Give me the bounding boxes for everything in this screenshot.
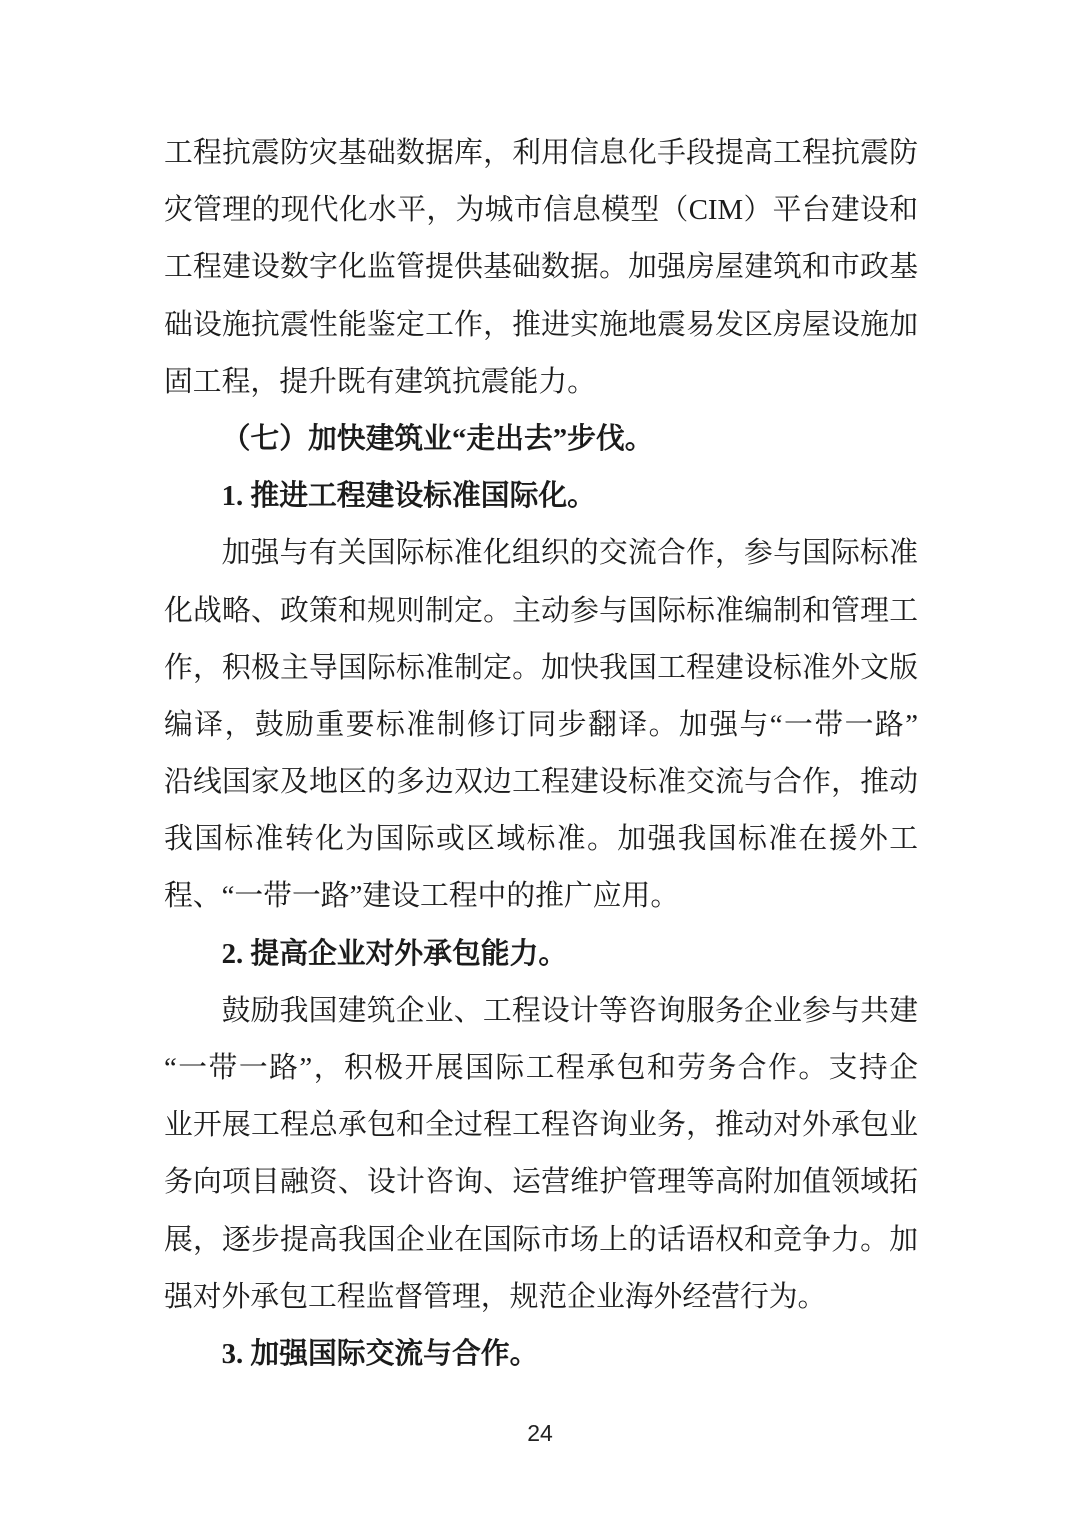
text-line: “一带一路”，积极开展国际工程承包和劳务合作。支持企 [164, 1040, 918, 1097]
text-line: 固工程，提升既有建筑抗震能力。 [164, 354, 918, 411]
document-body: 工程抗震防灾基础数据库，利用信息化手段提高工程抗震防灾管理的现代化水平，为城市信… [164, 125, 918, 1383]
document-page: 工程抗震防灾基础数据库，利用信息化手段提高工程抗震防灾管理的现代化水平，为城市信… [0, 0, 1080, 1527]
text-line: 灾管理的现代化水平，为城市信息模型（CIM）平台建设和 [164, 182, 918, 239]
text-line: 2. 提高企业对外承包能力。 [164, 926, 918, 983]
text-line: 展，逐步提高我国企业在国际市场上的话语权和竞争力。加 [164, 1212, 918, 1269]
text-line: 化战略、政策和规则制定。主动参与国际标准编制和管理工 [164, 583, 918, 640]
text-line: 我国标准转化为国际或区域标准。加强我国标准在援外工 [164, 811, 918, 868]
page-number: 24 [0, 1420, 1080, 1447]
text-line: 3. 加强国际交流与合作。 [164, 1326, 918, 1383]
text-line: 务向项目融资、设计咨询、运营维护管理等高附加值领域拓 [164, 1154, 918, 1211]
text-line: 编译，鼓励重要标准制修订同步翻译。加强与“一带一路” [164, 697, 918, 754]
text-line: 鼓励我国建筑企业、工程设计等咨询服务企业参与共建 [164, 983, 918, 1040]
text-line: 沿线国家及地区的多边双边工程建设标准交流与合作，推动 [164, 754, 918, 811]
text-line: 工程抗震防灾基础数据库，利用信息化手段提高工程抗震防 [164, 125, 918, 182]
text-line: 加强与有关国际标准化组织的交流合作，参与国际标准 [164, 525, 918, 582]
text-line: 程、“一带一路”建设工程中的推广应用。 [164, 868, 918, 925]
text-line: 作，积极主导国际标准制定。加快我国工程建设标准外文版 [164, 640, 918, 697]
text-line: （七）加快建筑业“走出去”步伐。 [164, 411, 918, 468]
text-line: 础设施抗震性能鉴定工作，推进实施地震易发区房屋设施加 [164, 297, 918, 354]
text-line: 1. 推进工程建设标准国际化。 [164, 468, 918, 525]
text-line: 强对外承包工程监督管理，规范企业海外经营行为。 [164, 1269, 918, 1326]
text-line: 业开展工程总承包和全过程工程咨询业务，推动对外承包业 [164, 1097, 918, 1154]
text-line: 工程建设数字化监管提供基础数据。加强房屋建筑和市政基 [164, 239, 918, 296]
